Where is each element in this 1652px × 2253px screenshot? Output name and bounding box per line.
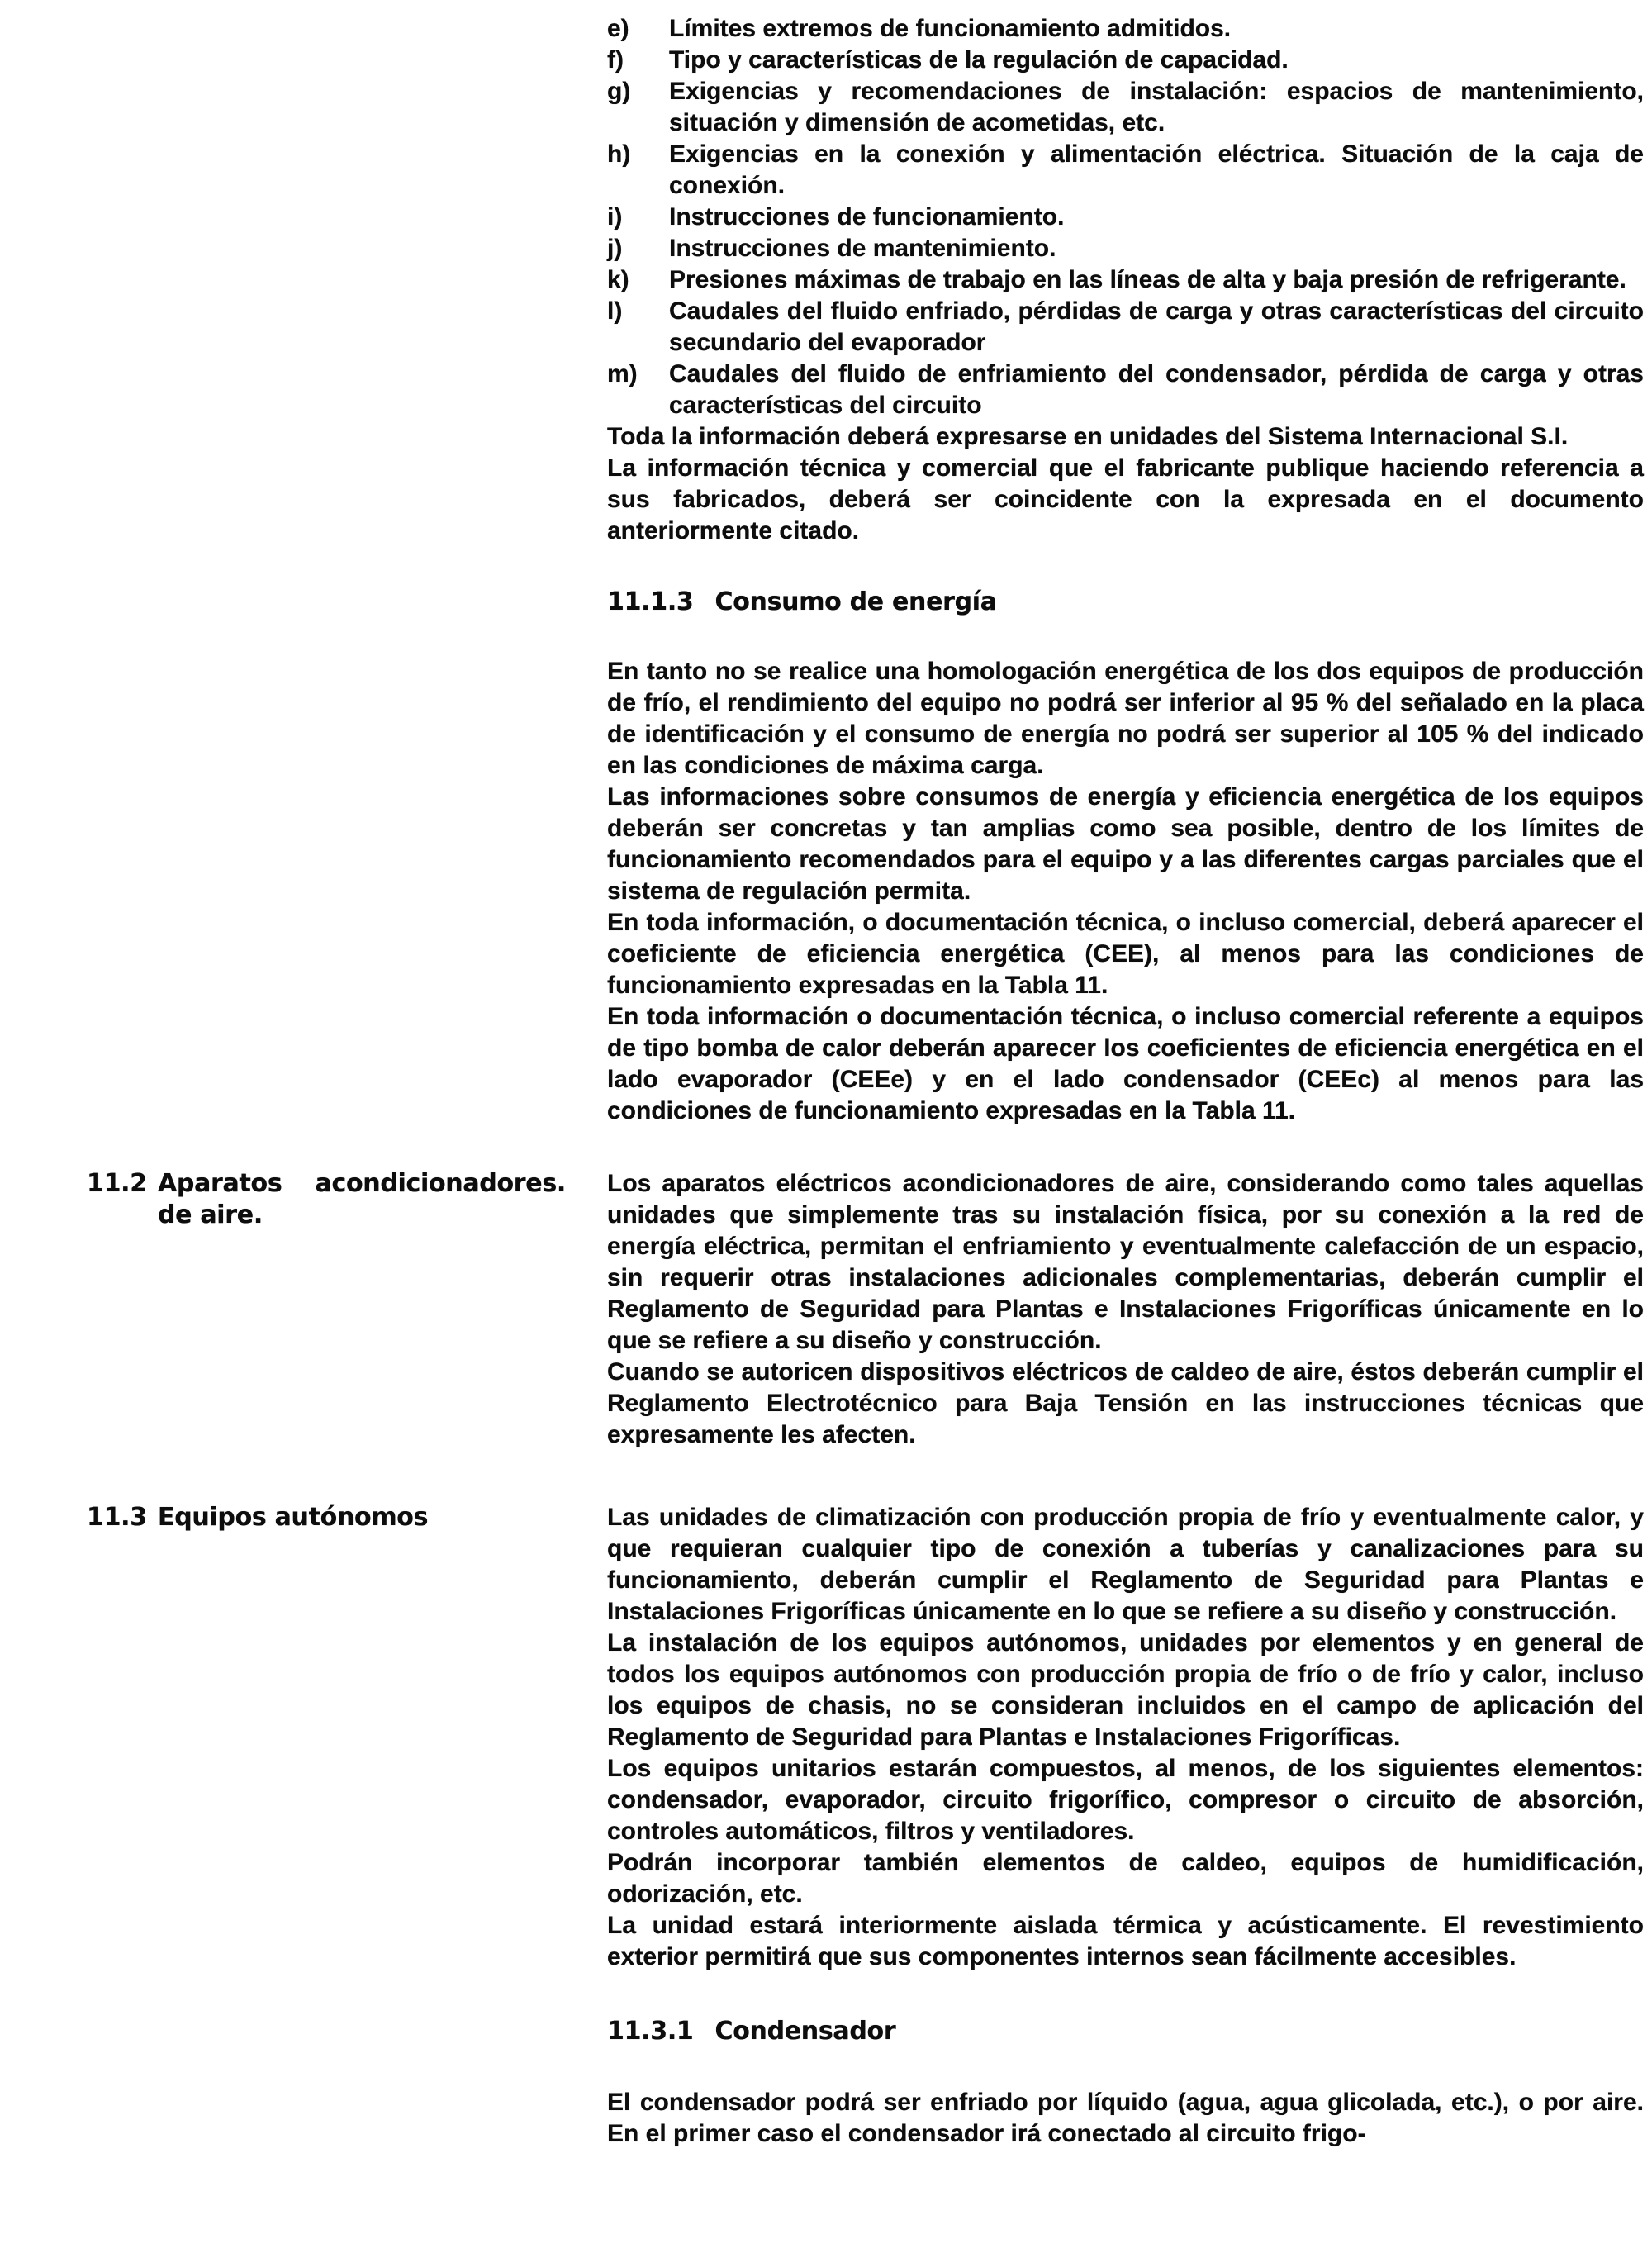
heading-title: Consumo de energía: [715, 587, 997, 618]
paragraph: La información técnica y comercial que e…: [607, 453, 1644, 547]
list-item-i: i) Instrucciones de funcionamiento.: [607, 202, 1644, 233]
heading-title-line: Aparatos acondicionadores.: [158, 1168, 566, 1200]
margin-heading-aparatos: 11.2 Aparatos acondicionadores. de aire.: [87, 1168, 566, 1231]
list-item-k: k) Presiones máximas de trabajo en las l…: [607, 264, 1644, 296]
item-label: i): [607, 202, 669, 233]
item-label: m): [607, 359, 669, 421]
heading-number: 11.3.1: [607, 2016, 694, 2047]
item-text: Exigencias en la conexión y alimentación…: [669, 139, 1644, 202]
heading-title-line: Equipos autónomos: [158, 1502, 566, 1533]
margin-heading-autonomos: 11.3 Equipos autónomos: [87, 1502, 566, 1533]
item-label: e): [607, 13, 669, 45]
scanned-document-page: e) Límites extremos de funcionamiento ad…: [0, 0, 1652, 2253]
lettered-list: e) Límites extremos de funcionamiento ad…: [607, 13, 1644, 421]
heading-title: Equipos autónomos: [158, 1502, 566, 1533]
item-text: Límites extremos de funcionamiento admit…: [669, 13, 1644, 45]
heading-title-line: de aire.: [158, 1200, 566, 1231]
paragraph: Los aparatos eléctricos acondicionadores…: [607, 1168, 1644, 1357]
item-label: h): [607, 139, 669, 202]
main-text-column: e) Límites extremos de funcionamiento ad…: [607, 0, 1644, 2150]
list-item-l: l) Caudales del fluido enfriado, pérdida…: [607, 296, 1644, 359]
item-label: l): [607, 296, 669, 359]
paragraph: La instalación de los equipos autónomos,…: [607, 1628, 1644, 1753]
heading-number: 11.1.3: [607, 587, 694, 618]
item-text: Instrucciones de funcionamiento.: [669, 202, 1644, 233]
item-text: Caudales del fluido de enfriamiento del …: [669, 359, 1644, 421]
item-text: Instrucciones de mantenimiento.: [669, 233, 1644, 264]
paragraph: En toda información o documentación técn…: [607, 1001, 1644, 1127]
heading-number: 11.3: [87, 1502, 158, 1533]
heading-title: Condensador: [715, 2016, 896, 2047]
item-label: k): [607, 264, 669, 296]
item-text: Caudales del fluido enfriado, pérdidas d…: [669, 296, 1644, 359]
section-aparatos-acondicionadores: 11.2 Aparatos acondicionadores. de aire.…: [607, 1168, 1644, 1451]
section-heading-condensador: 11.3.1Condensador: [607, 2016, 1644, 2047]
heading-title: Aparatos acondicionadores. de aire.: [158, 1168, 566, 1231]
paragraph: Cuando se autoricen dispositivos eléctri…: [607, 1357, 1644, 1451]
heading-number: 11.2: [87, 1168, 158, 1231]
section-equipos-autonomos: 11.3 Equipos autónomos Las unidades de c…: [607, 1502, 1644, 1973]
paragraph: Toda la información deberá expresarse en…: [607, 421, 1644, 453]
paragraph: El condensador podrá ser enfriado por lí…: [607, 2087, 1644, 2150]
list-item-j: j) Instrucciones de mantenimiento.: [607, 233, 1644, 264]
item-text: Exigencias y recomendaciones de instalac…: [669, 76, 1644, 139]
paragraph: Podrán incorporar también elementos de c…: [607, 1847, 1644, 1910]
paragraph: En toda información, o documentación téc…: [607, 907, 1644, 1001]
paragraph: Las unidades de climatización con produc…: [607, 1502, 1644, 1628]
list-item-f: f) Tipo y características de la regulaci…: [607, 45, 1644, 76]
paragraph: Las informaciones sobre consumos de ener…: [607, 782, 1644, 907]
section-heading-consumo-energia: 11.1.3Consumo de energía: [607, 587, 1644, 618]
list-item-m: m) Caudales del fluido de enfriamiento d…: [607, 359, 1644, 421]
list-item-e: e) Límites extremos de funcionamiento ad…: [607, 13, 1644, 45]
item-text: Presiones máximas de trabajo en las líne…: [669, 264, 1644, 296]
paragraph: Los equipos unitarios estarán compuestos…: [607, 1753, 1644, 1847]
paragraph: La unidad estará interiormente aislada t…: [607, 1910, 1644, 1973]
item-label: g): [607, 76, 669, 139]
item-text: Tipo y características de la regulación …: [669, 45, 1644, 76]
item-label: j): [607, 233, 669, 264]
paragraph: En tanto no se realice una homologación …: [607, 656, 1644, 782]
item-label: f): [607, 45, 669, 76]
list-item-g: g) Exigencias y recomendaciones de insta…: [607, 76, 1644, 139]
list-item-h: h) Exigencias en la conexión y alimentac…: [607, 139, 1644, 202]
